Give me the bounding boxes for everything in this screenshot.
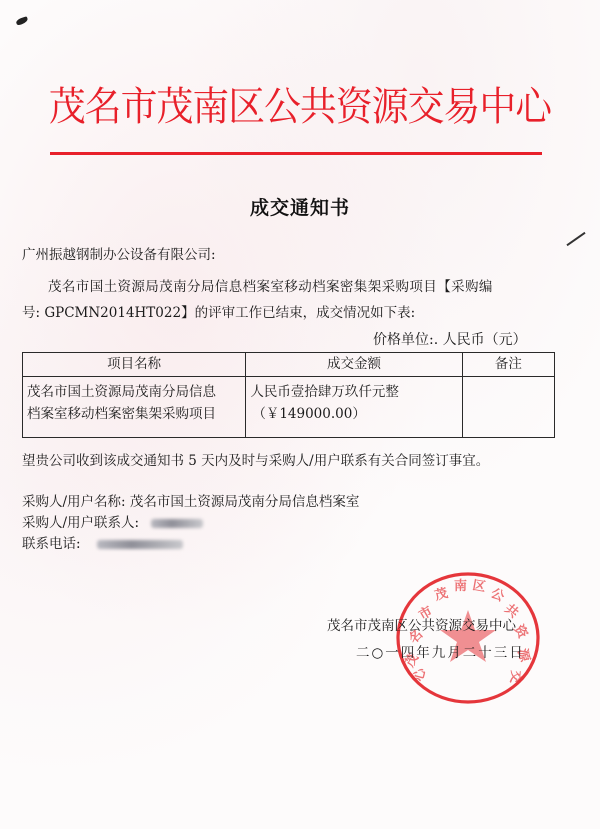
paragraph-line-2: 号: GPCMN2014HT022】的评审工作已结束，成交情况如下表: <box>22 303 415 323</box>
buyer-phone-line: 联系电话: <box>22 534 183 554</box>
price-unit-label: 价格单位:. 人民币（元） <box>373 330 527 350</box>
contract-notice: 望贵公司收到该成交通知书 5 天内及时与采购人/用户联系有关合同签订事宜。 <box>22 451 489 471</box>
paragraph-line-1: 茂名市国土资源局茂南分局信息档案室移动档案密集架采购项目【采购编 <box>48 277 493 297</box>
buyer-name-line: 采购人/用户名称: 茂名市国土资源局茂南分局信息档案室 <box>22 492 359 512</box>
svg-text:心: 心 <box>410 665 429 683</box>
official-seal-icon: 茂 名 市 茂 南 区 公 共 资 源 交 心 <box>394 570 542 706</box>
buyer-name-label: 采购人/用户名称: <box>22 494 126 510</box>
table-row: 茂名市国土资源局茂南分局信息 档案室移动档案密集架采购项目 人民币壹拾肆万玖仟元… <box>23 377 555 438</box>
letterhead-divider <box>50 152 542 155</box>
cell-project-name: 茂名市国土资源局茂南分局信息 档案室移动档案密集架采购项目 <box>23 377 246 438</box>
result-table: 项目名称 成交金额 备注 茂名市国土资源局茂南分局信息 档案室移动档案密集架采购… <box>22 352 555 438</box>
addressee: 广州振越钢制办公设备有限公司: <box>22 245 216 265</box>
buyer-contact-label: 采购人/用户联系人: <box>22 515 139 531</box>
redacted-contact-name <box>151 519 203 528</box>
cell-amount: 人民币壹拾肆万玖仟元整 （￥149000.00） <box>246 377 462 438</box>
letterhead-title: 茂名市茂南区公共资源交易中心 <box>24 83 576 131</box>
buyer-contact-line: 采购人/用户联系人: <box>22 513 203 533</box>
issue-date: 二○一四年九月二十三日 <box>356 643 525 663</box>
amount-in-figures: （￥149000.00） <box>250 403 457 425</box>
scan-artifact <box>566 232 585 246</box>
project-name-line: 档案室移动档案密集架采购项目 <box>27 403 241 425</box>
svg-text:公: 公 <box>488 586 507 606</box>
svg-text:交: 交 <box>507 670 524 684</box>
scan-artifact <box>15 16 28 26</box>
project-name-line: 茂名市国土资源局茂南分局信息 <box>27 381 241 403</box>
header-remarks: 备注 <box>462 353 554 377</box>
amount-in-words: 人民币壹拾肆万玖仟元整 <box>250 381 457 403</box>
svg-text:区: 区 <box>471 577 487 595</box>
issuer-name: 茂名市茂南区公共资源交易中心 <box>327 616 516 636</box>
table-header-row: 项目名称 成交金额 备注 <box>23 353 555 377</box>
header-project-name: 项目名称 <box>23 353 246 377</box>
svg-text:茂: 茂 <box>433 585 450 604</box>
cell-remarks <box>462 377 554 438</box>
redacted-phone-number <box>97 540 183 549</box>
buyer-phone-label: 联系电话: <box>22 536 81 552</box>
buyer-name-value: 茂名市国土资源局茂南分局信息档案室 <box>130 494 360 510</box>
document-title: 成交通知书 <box>0 193 600 220</box>
header-amount: 成交金额 <box>246 353 462 377</box>
svg-text:南: 南 <box>454 578 467 594</box>
